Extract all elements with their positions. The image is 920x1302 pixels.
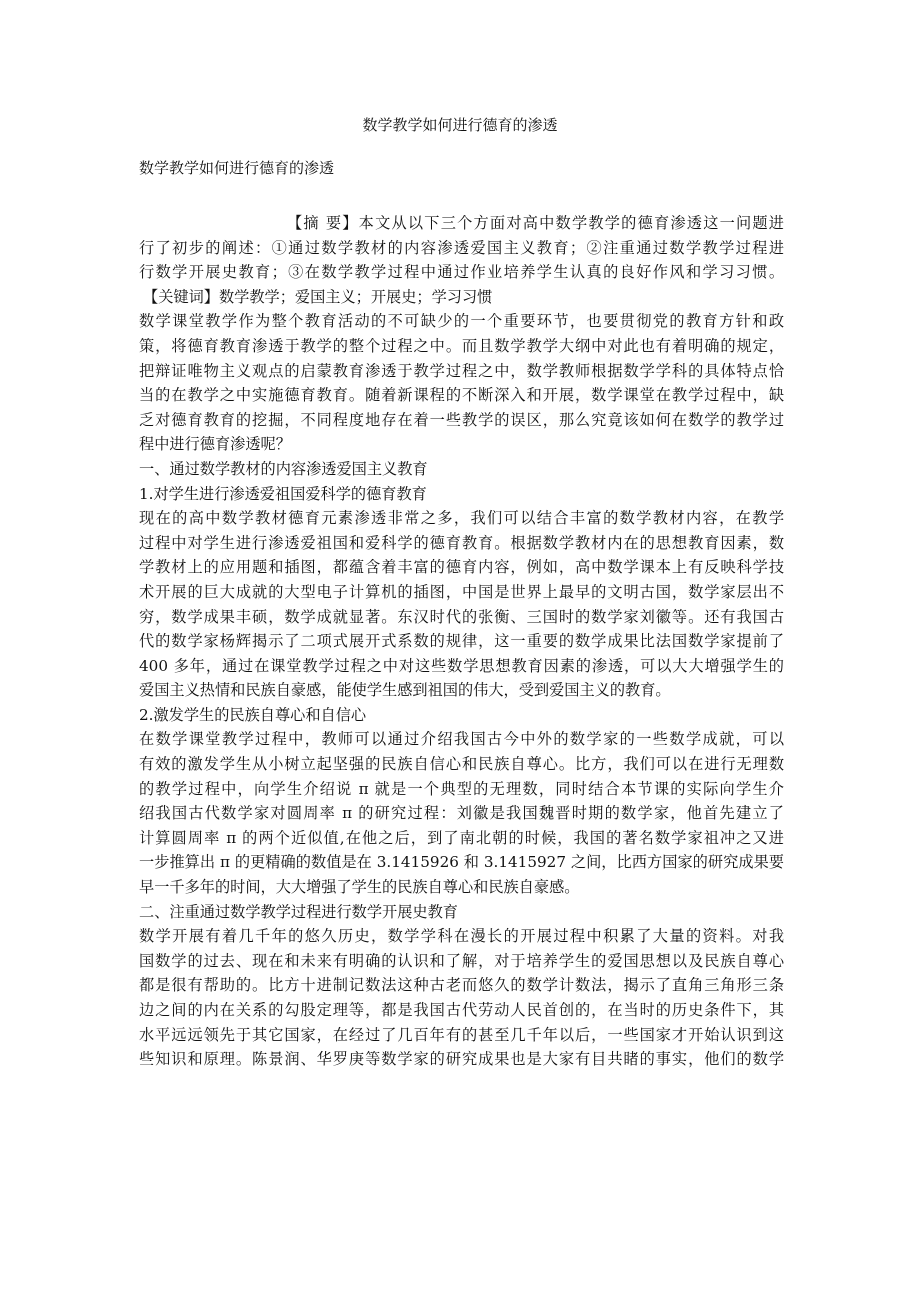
text-line: 爱国主义热情和民族自豪感，能使学生感到祖国的伟大，受到爱国主义的教育。 bbox=[139, 678, 784, 703]
text-line: 有效的激发学生从小树立起坚强的民族自信心和民族自尊心。比方，我们可以在进行无理数 bbox=[139, 752, 784, 777]
text-line: 把辩证唯物主义观点的启蒙教育渗透于教学过程之中，数学教师根据数学学科的具体特点恰 bbox=[139, 359, 784, 384]
text-line: 数学开展有着几千年的悠久历史，数学学科在漫长的开展过程中积累了大量的资料。对我 bbox=[139, 924, 784, 949]
text-line: 二、注重通过数学教学过程进行数学开展史教育 bbox=[139, 900, 784, 925]
text-line: 行了初步的阐述：①通过数学教材的内容渗透爱国主义教育；②注重通过数学教学过程进 bbox=[139, 236, 784, 261]
text-line: 代的数学家杨辉揭示了二项式展开式系数的规律，这一重要的数学成果比法国数学家提前了 bbox=[139, 629, 784, 654]
text-line: 学教材上的应用题和插图，都蕴含着丰富的德育内容，例如，高中数学课本上有反映科学技 bbox=[139, 555, 784, 580]
document-page: 数学教学如何进行德育的渗透 数学教学如何进行德育的渗透 【摘 要】本文从以下三个… bbox=[0, 0, 920, 1302]
text-line: 1.对学生进行渗透爱祖国爱科学的德育教育 bbox=[139, 482, 784, 507]
text-line: 绍我国古代数学家对圆周率 π 的研究过程：刘徽是我国魏晋时期的数学家，他首先建立… bbox=[139, 801, 784, 826]
text-line: 穷，数学成果丰硕，数学成就显著。东汉时代的张衡、三国时的数学家刘徽等。还有我国古 bbox=[139, 605, 784, 630]
text-line: 术开展的巨大成就的大型电子计算机的插图，中国是世界上最早的文明古国，数学家层出不 bbox=[139, 580, 784, 605]
text-line: 行数学开展史教育；③在数学教学过程中通过作业培养学生认真的良好作风和学习习惯。 bbox=[139, 260, 784, 285]
document-title: 数学教学如何进行德育的渗透 bbox=[0, 114, 920, 136]
text-line: 2.激发学生的民族自尊心和自信心 bbox=[139, 703, 784, 728]
text-line: 乏对德育教育的挖掘，不同程度地存在着一些教学的误区，那么究竟该如何在数学的教学过 bbox=[139, 408, 784, 433]
document-subtitle: 数学教学如何进行德育的渗透 bbox=[139, 157, 334, 179]
text-line: 水平远远领先于其它国家，在经过了几百年有的甚至几千年以后，一些国家才开始认识到这 bbox=[139, 1023, 784, 1048]
text-line: 的教学过程中，向学生介绍说 π 就是一个典型的无理数，同时结合本节课的实际向学生… bbox=[139, 777, 784, 802]
text-line: 当的在教学之中实施德育教育。随着新课程的不断深入和开展，数学课堂在教学过程中，缺 bbox=[139, 383, 784, 408]
text-line: 现在的高中数学教材德育元素渗透非常之多，我们可以结合丰富的数学教材内容，在教学 bbox=[139, 506, 784, 531]
text-line: 一、通过数学教材的内容渗透爱国主义教育 bbox=[139, 457, 784, 482]
text-line: 些知识和原理。陈景润、华罗庚等数学家的研究成果也是大家有目共睹的事实，他们的数学 bbox=[139, 1047, 784, 1072]
text-line: 数学课堂教学作为整个教育活动的不可缺少的一个重要环节，也要贯彻党的教育方针和政 bbox=[139, 309, 784, 334]
text-line: 过程中对学生进行渗透爱祖国和爱科学的德育教育。根据数学教材内在的思想教育因素，数 bbox=[139, 531, 784, 556]
text-line: 【摘 要】本文从以下三个方面对高中数学教学的德育渗透这一问题进 bbox=[139, 211, 784, 236]
text-line: 【关键词】数学教学；爱国主义；开展史；学习习惯 bbox=[139, 285, 784, 310]
text-line: 计算圆周率 π 的两个近似值,在他之后，到了南北朝的时候，我国的著名数学家祖冲之… bbox=[139, 826, 784, 851]
text-line: 一步推算出 π 的更精确的数值是在 3.1415926 和 3.1415927 … bbox=[139, 850, 784, 875]
text-line: 400 多年，通过在课堂教学过程之中对这些数学思想教育因素的渗透，可以大大增强学… bbox=[139, 654, 784, 679]
text-line: 都是很有帮助的。比方十进制记数法这种古老而悠久的数学计数法，揭示了直角三角形三条 bbox=[139, 973, 784, 998]
text-line: 程中进行德育渗透呢？ bbox=[139, 432, 784, 457]
text-line: 策，将德育教育渗透于教学的整个过程之中。而且数学教学大纲中对此也有着明确的规定， bbox=[139, 334, 784, 359]
document-body: 【摘 要】本文从以下三个方面对高中数学教学的德育渗透这一问题进行了初步的阐述：①… bbox=[139, 211, 784, 1072]
text-line: 在数学课堂教学过程中，教师可以通过介绍我国古今中外的数学家的一些数学成就，可以 bbox=[139, 727, 784, 752]
text-line: 国数学的过去、现在和未来有明确的认识和了解，对于培养学生的爱国思想以及民族自尊心 bbox=[139, 949, 784, 974]
text-line: 边之间的内在关系的勾股定理等，都是我国古代劳动人民首创的，在当时的历史条件下，其 bbox=[139, 998, 784, 1023]
text-line: 早一千多年的时间，大大增强了学生的民族自尊心和民族自豪感。 bbox=[139, 875, 784, 900]
